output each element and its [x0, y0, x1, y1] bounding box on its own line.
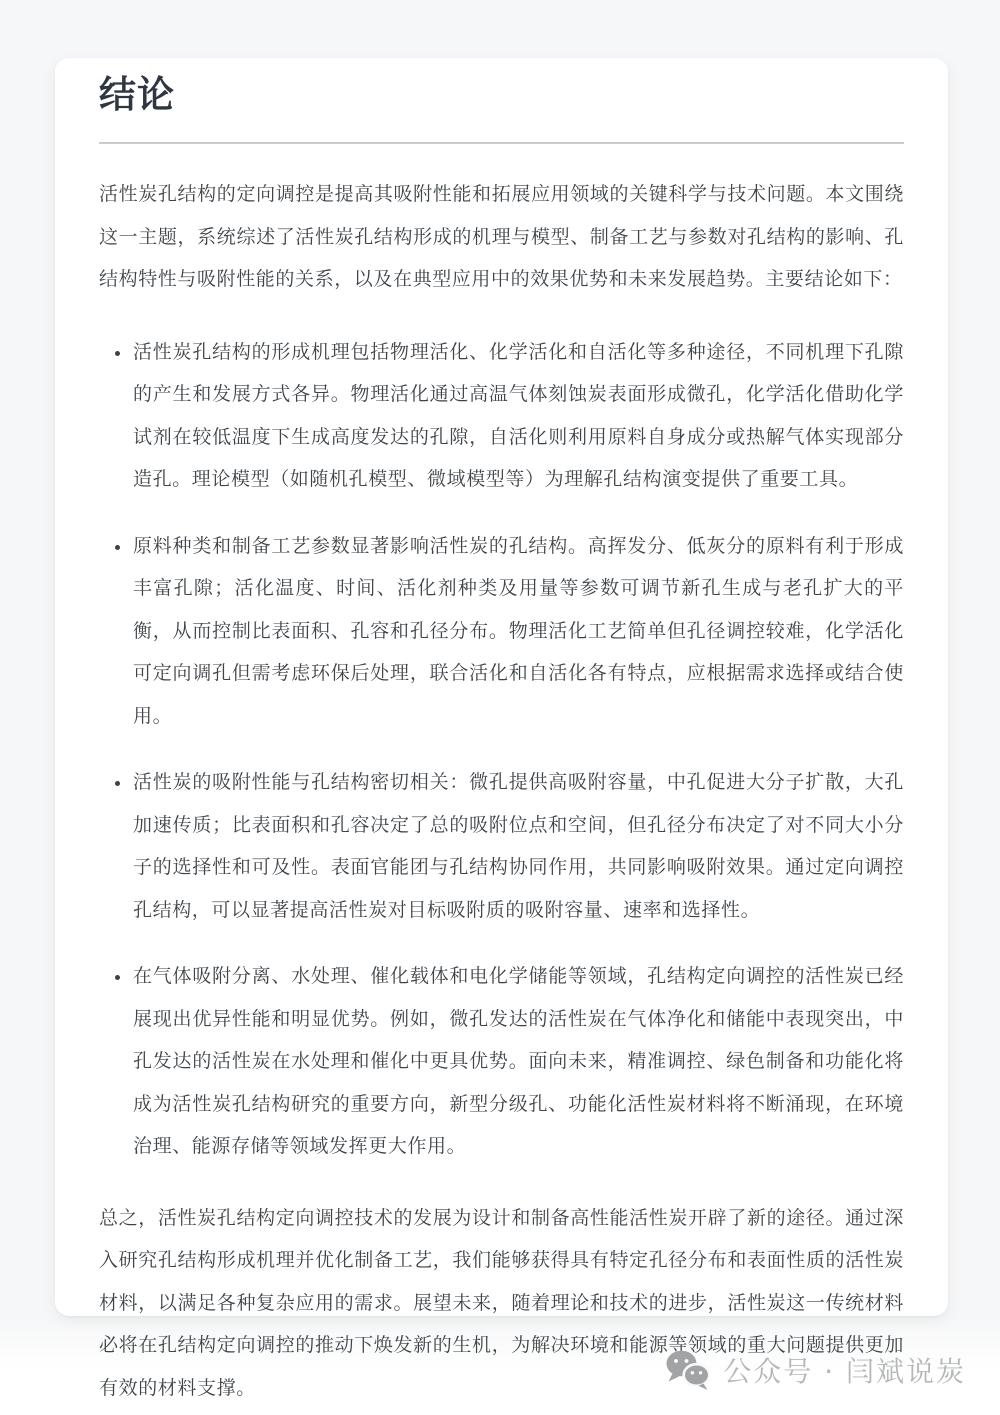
list-item: 在气体吸附分离、水处理、催化载体和电化学储能等领域，孔结构定向调控的活性炭已经展… [131, 955, 904, 1168]
wechat-icon [663, 1349, 711, 1391]
title-divider [99, 142, 904, 144]
list-item: 原料种类和制备工艺参数显著影响活性炭的孔结构。高挥发分、低灰分的原料有利于形成丰… [131, 525, 904, 738]
watermark-label: 公众号 · 闫斌说炭 [723, 1350, 966, 1390]
article-card: 结论 活性炭孔结构的定向调控是提高其吸附性能和拓展应用领域的关键科学与技术问题。… [55, 58, 948, 1316]
intro-paragraph: 活性炭孔结构的定向调控是提高其吸附性能和拓展应用领域的关键科学与技术问题。本文围… [99, 173, 904, 301]
list-item: 活性炭孔结构的形成机理包括物理活化、化学活化和自活化等多种途径，不同机理下孔隙的… [131, 331, 904, 501]
conclusion-list: 活性炭孔结构的形成机理包括物理活化、化学活化和自活化等多种途径，不同机理下孔隙的… [99, 331, 904, 1168]
list-item: 活性炭的吸附性能与孔结构密切相关：微孔提供高吸附容量，中孔促进大分子扩散，大孔加… [131, 761, 904, 931]
page-title: 结论 [99, 68, 904, 118]
watermark: 公众号 · 闫斌说炭 [663, 1346, 966, 1394]
